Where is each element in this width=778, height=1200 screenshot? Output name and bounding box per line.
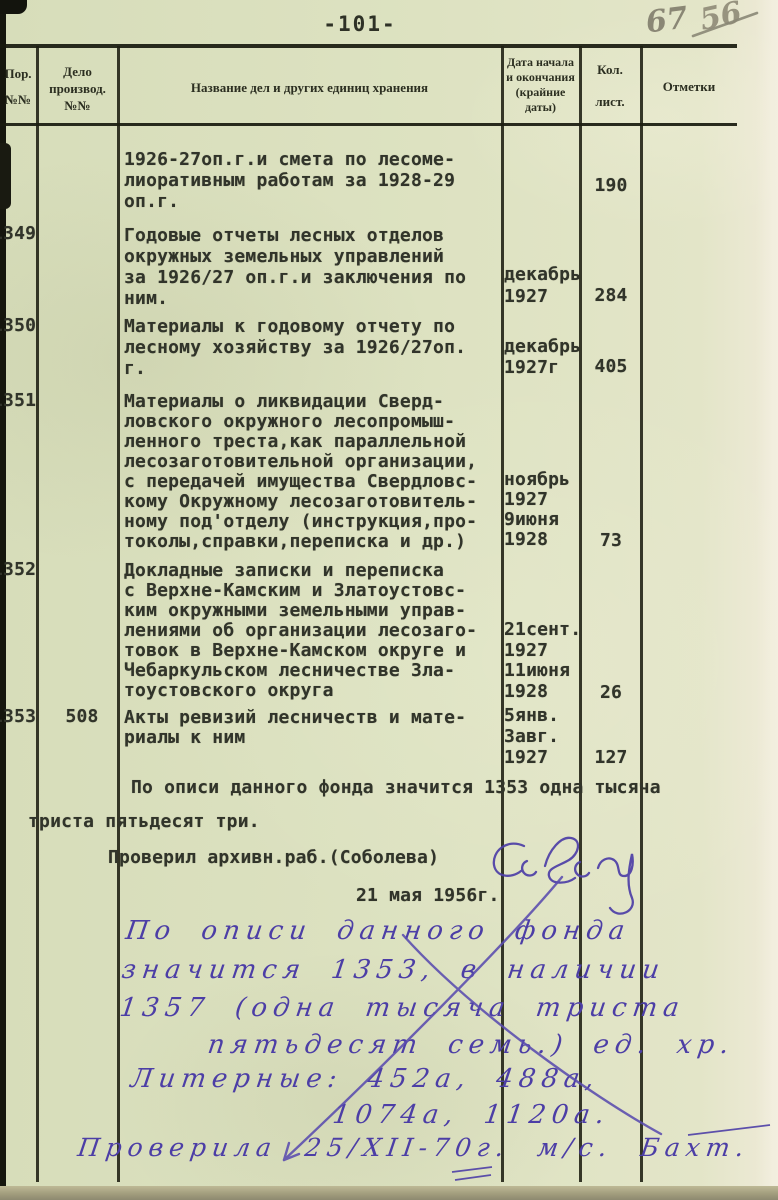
row-order-number: 1350 bbox=[0, 316, 40, 336]
col-header-sheets-2: лист. bbox=[580, 94, 640, 109]
row-date-line: 1927 bbox=[504, 287, 548, 307]
row-date-line: 1927г bbox=[504, 358, 559, 378]
summary-total-line-1: По описи данного фонда значится 1353 одн… bbox=[131, 778, 661, 798]
row-title-line: окружных земельных управлений bbox=[124, 247, 444, 267]
row-sheet-count: 26 bbox=[582, 683, 640, 703]
checked-by-line: Проверил архивн.раб.(Соболева) bbox=[108, 848, 439, 868]
col-header-dates-3: (крайние bbox=[502, 86, 579, 99]
col-header-poryadok: Пор. bbox=[0, 66, 39, 81]
row-title-line: риалы к ним bbox=[124, 728, 245, 748]
col-header-dates-4: даты) bbox=[502, 101, 579, 114]
handwritten-liternye-line-2: 1074а, 1120а. bbox=[331, 1100, 612, 1130]
column-line-1 bbox=[36, 46, 39, 1182]
row-title-line: ким окружными земельными управ- bbox=[124, 601, 466, 621]
col-header-dates-2: и окончания bbox=[502, 71, 579, 84]
row-date-line: 5янв. bbox=[504, 706, 559, 726]
col-header-delo-nn: №№ bbox=[38, 98, 117, 113]
row-date-line: 21сент. bbox=[504, 620, 581, 640]
handwritten-recheck-line: Проверила 25/XII-70г. м/с. Бахт. bbox=[76, 1133, 752, 1163]
row-title-line: ним. bbox=[124, 289, 168, 309]
row-title-line: лесозаготовительной организации, bbox=[124, 452, 477, 472]
row-title-line: Материалы к годовому отчету по bbox=[124, 317, 455, 337]
row-title-line: оп.г. bbox=[124, 192, 179, 212]
row-title-line: Акты ревизий лесничеств и мате- bbox=[124, 708, 466, 728]
row-date-line: 1927 bbox=[504, 748, 548, 768]
row-sheet-count: 405 bbox=[582, 357, 640, 377]
row-title-line: тоустовского округа bbox=[124, 681, 334, 701]
row-title-line: с передачей имущества Свердловс- bbox=[124, 472, 477, 492]
row-date-line: 9июня bbox=[504, 510, 559, 530]
row-date-line: 11июня bbox=[504, 661, 570, 681]
scan-edge-mark bbox=[0, 143, 11, 209]
row-title-line: Материалы о ликвидации Сверд- bbox=[124, 392, 444, 412]
row-sheet-count: 127 bbox=[582, 748, 640, 768]
col-header-sheets-1: Кол. bbox=[580, 62, 640, 77]
col-header-delo: Дело bbox=[38, 64, 117, 79]
row-date-line: ноябрь bbox=[504, 470, 570, 490]
row-title-line: товок в Верхне-Камском округе и bbox=[124, 641, 466, 661]
row-title-line: с Верхне-Камским и Златоустовс- bbox=[124, 581, 466, 601]
handwritten-note-line-1: По описи данного фонда bbox=[124, 916, 633, 946]
row-date-line: 1928 bbox=[504, 682, 548, 702]
row-title-line: ному под'отделу (инструкция,про- bbox=[124, 512, 477, 532]
row-title-line: Годовые отчеты лесных отделов bbox=[124, 226, 444, 246]
archival-inventory-page: -101- 67 56 Пор. №№ Дело производ. №№ На… bbox=[0, 0, 778, 1200]
row-order-number: 1352 bbox=[0, 560, 40, 580]
row-order-number: 1353 bbox=[0, 707, 40, 727]
col-header-title: Название дел и других единиц хранения bbox=[118, 80, 501, 95]
row-date-line: 1927 bbox=[504, 490, 548, 510]
row-title-line: лиоративным работам за 1928-29 bbox=[124, 171, 455, 191]
row-date-line: декабрь bbox=[504, 337, 581, 357]
handwritten-note-line-2: значится 1353, в наличии bbox=[120, 955, 667, 985]
row-sheet-count: 284 bbox=[582, 286, 640, 306]
row-title-line: лениями об организации лесозаго- bbox=[124, 621, 477, 641]
col-header-delo-proizvod: производ. bbox=[38, 81, 117, 96]
row-title-line: ловского окружного лесопромыш- bbox=[124, 412, 455, 432]
row-title-line: г. bbox=[124, 359, 146, 379]
row-date-line: декабрь bbox=[504, 265, 581, 285]
row-order-number: 1351 bbox=[0, 391, 40, 411]
scan-corner-mark bbox=[0, 0, 27, 14]
col-header-poryadok-nn: №№ bbox=[0, 92, 39, 107]
col-header-notes: Отметки bbox=[641, 79, 737, 94]
row-order-number: 1349 bbox=[0, 224, 40, 244]
handwritten-liternye-line-1: Литерные: 452а, 488а, bbox=[129, 1064, 602, 1094]
page-number: -101- bbox=[305, 12, 415, 36]
row-title-line: Чебаркульском лесничестве Зла- bbox=[124, 661, 455, 681]
table-top-border bbox=[0, 44, 737, 48]
check-date-line: 21 мая 1956г. bbox=[356, 886, 499, 906]
page-bottom-edge bbox=[0, 1186, 778, 1200]
row-title-line: лесному хозяйству за 1926/27оп. bbox=[124, 338, 466, 358]
row-title-line: 1926-27оп.г.и смета по лесоме- bbox=[124, 150, 455, 170]
row-title-line: за 1926/27 оп.г.и заключения по bbox=[124, 268, 466, 288]
handwritten-note-line-4: пятьдесят семь.) ед. хр. bbox=[206, 1030, 737, 1060]
folio-number-crossed-out: 56 bbox=[697, 0, 744, 36]
row-delo-number: 508 bbox=[50, 707, 114, 727]
table-header-border bbox=[0, 123, 737, 126]
row-title-line: Докладные записки и переписка bbox=[124, 561, 444, 581]
signature-soboleva bbox=[494, 838, 633, 914]
row-sheet-count: 73 bbox=[582, 531, 640, 551]
row-date-line: 1928 bbox=[504, 530, 548, 550]
folio-number-pencil: 67 bbox=[644, 4, 689, 39]
row-date-line: 1927 bbox=[504, 641, 548, 661]
row-title-line: токолы,справки,переписка и др.) bbox=[124, 532, 466, 552]
col-header-dates-1: Дата начала bbox=[502, 56, 579, 69]
page-right-edge bbox=[756, 0, 778, 1200]
row-date-line: 3авг. bbox=[504, 727, 559, 747]
row-title-line: ленного треста,как параллельной bbox=[124, 432, 466, 452]
handwritten-note-line-3: 1357 (одна тысяча триста bbox=[118, 993, 687, 1023]
summary-total-line-2: триста пятьдесят три. bbox=[28, 812, 260, 832]
row-sheet-count: 190 bbox=[582, 176, 640, 196]
row-title-line: кому Окружному лесозаготовитель- bbox=[124, 492, 477, 512]
